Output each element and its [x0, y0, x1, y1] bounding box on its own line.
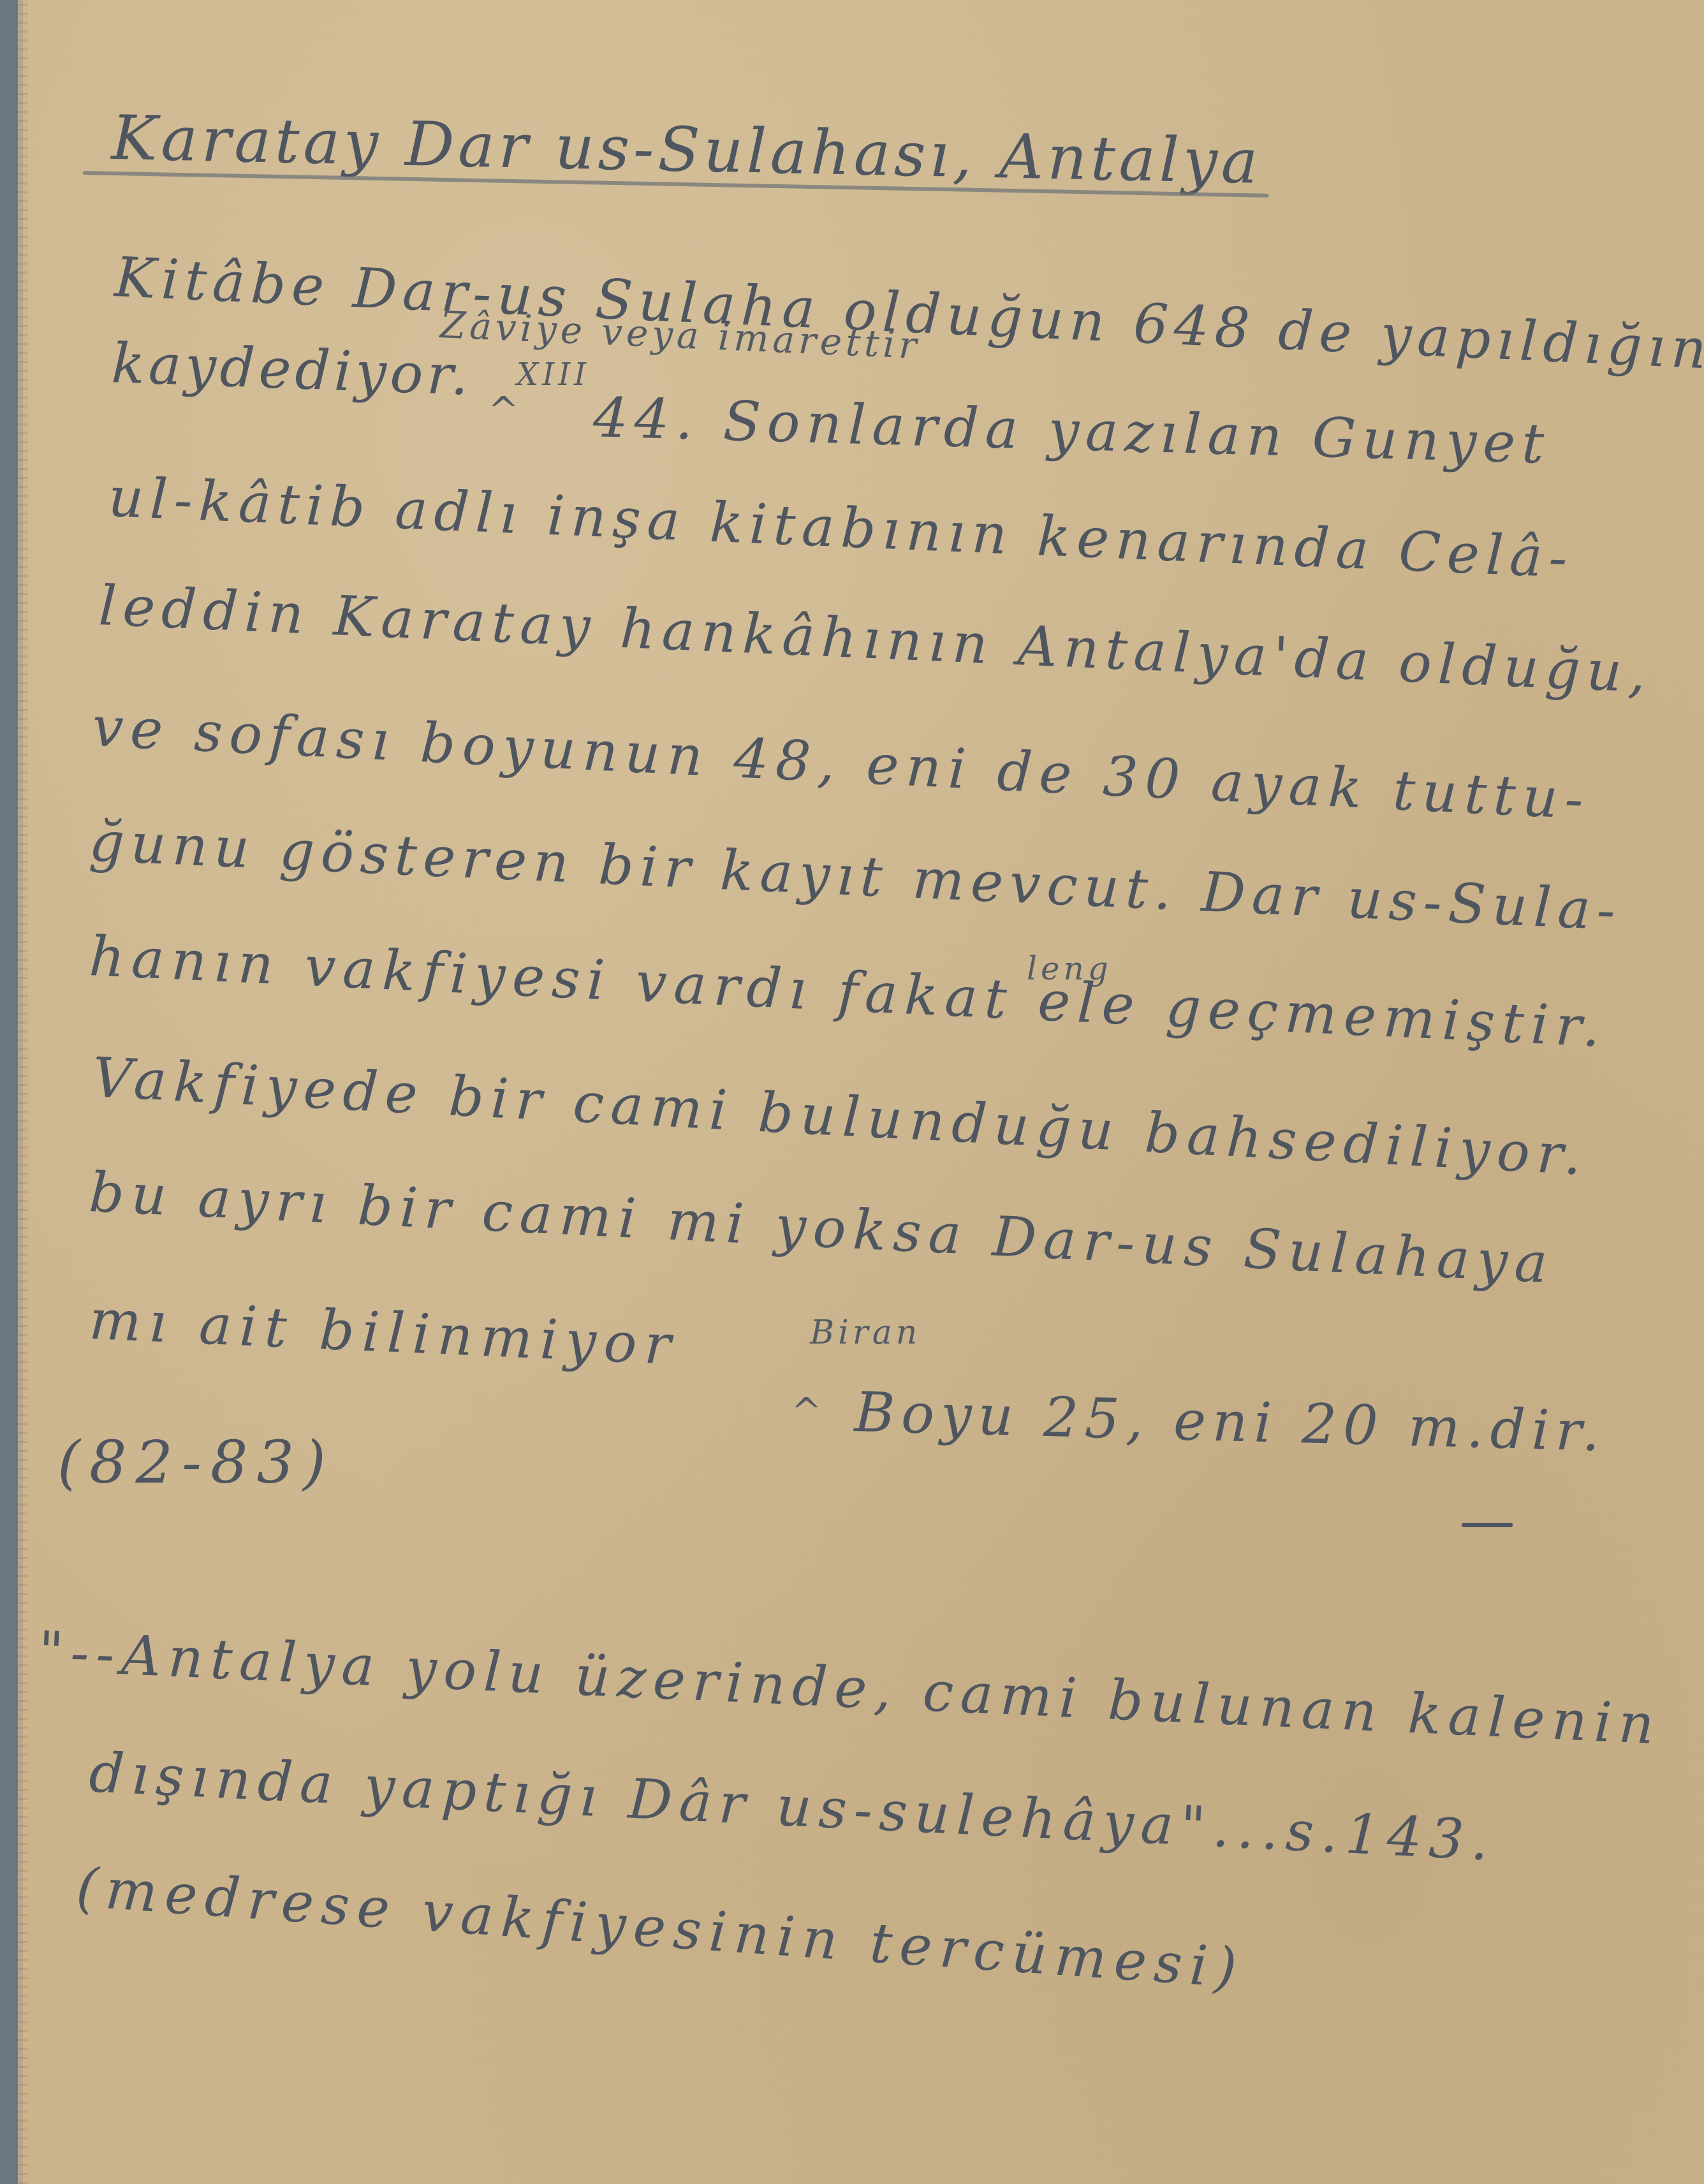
caret-mark-2: ^: [791, 1390, 826, 1433]
caret-mark-1: ^: [488, 389, 523, 432]
paper-torn-edge: [18, 0, 28, 2184]
page-reference: (82-83): [57, 1428, 335, 1497]
annotation-century: XIII: [517, 357, 590, 393]
unit-underline: [1462, 1523, 1513, 1527]
text-line-2: kaydediyor.: [110, 332, 473, 408]
annotation-biran: Biran: [810, 1314, 921, 1352]
